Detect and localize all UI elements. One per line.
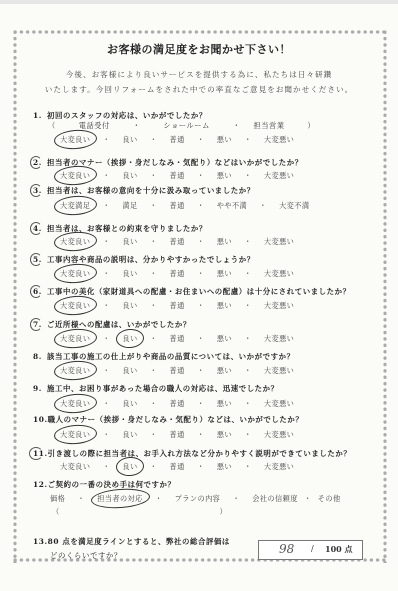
answer-options-8: 大変良い・良い・普通・悪い・大変悪い	[58, 365, 296, 377]
answer-options-6: 大変良い・良い・普通・悪い・大変悪い	[58, 300, 296, 312]
question-5: 5.工事内容や商品の説明は、分かりやすかったでしょうか？	[33, 254, 255, 265]
option-good[interactable]: 良い	[120, 300, 139, 312]
option-somewhat-dissatisfied[interactable]: やや不満	[215, 200, 249, 212]
option-very-bad[interactable]: 大変悪い	[262, 236, 296, 248]
option-bad[interactable]: 悪い	[215, 461, 234, 473]
option-good[interactable]: 良い	[120, 429, 139, 441]
question-3: 3.担当者は、お客様の意向を十分に汲み取っていましたか？	[33, 185, 255, 196]
option-average[interactable]: 普通	[168, 200, 187, 212]
option-average[interactable]: 普通	[168, 170, 187, 182]
question-12: 12.ご契約の一番の決め手は何ですか？	[33, 479, 176, 490]
question-10: 10.職人のマナー（挨拶・身だしなみ・気配り）などは、いかがでしたか？	[33, 414, 303, 425]
question-number: 4.	[33, 224, 47, 233]
option-bad[interactable]: 悪い	[215, 134, 234, 146]
option-sales[interactable]: 担当営業	[253, 121, 284, 130]
option-very-satisfied[interactable]: 大変満足	[58, 200, 92, 212]
question-text: ご近所様への配慮は、いかがでしたか？	[47, 320, 191, 329]
option-bad[interactable]: 悪い	[215, 300, 234, 312]
question-text: 該当工事の施工の仕上がりや商品の品質については、いかがですか？	[47, 352, 295, 361]
paren-close: ）	[220, 507, 228, 516]
option-average[interactable]: 普通	[168, 268, 187, 280]
option-bad[interactable]: 悪い	[215, 268, 234, 280]
option-average[interactable]: 普通	[168, 398, 187, 410]
question-number: 7.	[33, 320, 47, 329]
separator: ・	[233, 121, 241, 130]
option-average[interactable]: 普通	[168, 300, 187, 312]
option-very-bad[interactable]: 大変悪い	[262, 365, 296, 377]
question-number: 2.	[33, 158, 47, 167]
question-number: 12.	[33, 480, 48, 489]
option-bad[interactable]: 悪い	[215, 333, 234, 345]
option-plan-content[interactable]: プランの内容	[173, 493, 223, 505]
question-7: 7.ご近所様への配慮は、いかがでしたか？	[33, 319, 191, 330]
option-very-good[interactable]: 大変良い	[58, 429, 92, 441]
option-price[interactable]: 価格	[48, 493, 67, 505]
question-4: 4.担当者は、お客様との約束を守りましたか？	[33, 223, 207, 234]
option-bad[interactable]: 悪い	[215, 429, 234, 441]
option-good[interactable]: 良い	[120, 170, 139, 182]
question-number: 9.	[33, 384, 47, 393]
option-very-good[interactable]: 大変良い	[58, 461, 92, 473]
option-average[interactable]: 普通	[168, 429, 187, 441]
border-top	[12, 29, 388, 35]
answer-options-12: 価格・担当者の対応・プランの内容・会社の信頼度・その他	[48, 493, 343, 505]
option-very-good[interactable]: 大変良い	[58, 300, 92, 312]
question-text: 初回のスタッフの対応は、いかがでしたか？	[47, 111, 207, 120]
option-very-good[interactable]: 大変良い	[58, 170, 92, 182]
paren-open: （	[48, 121, 56, 130]
option-average[interactable]: 普通	[168, 236, 187, 248]
intro-line-1: 今後、お客様により良いサービスを提供する為に、私たちは日々研鑽	[0, 67, 398, 82]
question-number: 13.	[33, 537, 48, 546]
option-very-bad[interactable]: 大変悪い	[262, 429, 296, 441]
option-very-bad[interactable]: 大変悪い	[262, 461, 296, 473]
question-text: 職人のマナー（挨拶・身だしなみ・気配り）などは、いかがでしたか？	[48, 415, 304, 424]
intro-line-2: いたします。今回リフォームをされた中での率直なご意見をお聞かせください。	[0, 82, 398, 97]
option-staff-response[interactable]: 担当者の対応	[95, 493, 145, 505]
answer-options-3: 大変満足・満足・普通・やや不満・大変不満	[58, 200, 311, 212]
answer-options-10: 大変良い・良い・普通・悪い・大変悪い	[58, 429, 296, 441]
question-number: 1.	[33, 111, 47, 120]
separator: ・	[133, 121, 141, 130]
question-text: ご契約の一番の決め手は何ですか？	[48, 480, 176, 489]
question-text: 工事中の美化（家財道具への配慮・お住まいへの配慮）は十分にされていましたか？	[47, 287, 351, 296]
option-bad[interactable]: 悪い	[215, 170, 234, 182]
question-number: 8.	[33, 352, 47, 361]
question-11: 11.引き渡しの際に担当者は、お手入れ方法など分かりやすく説明ができていましたか…	[33, 448, 351, 459]
option-good[interactable]: 良い	[120, 461, 139, 473]
score-value[interactable]: 98	[279, 542, 294, 556]
option-very-good[interactable]: 大変良い	[58, 236, 92, 248]
option-satisfied[interactable]: 満足	[120, 200, 139, 212]
paren-close: ）	[308, 121, 316, 130]
intro-text: 今後、お客様により良いサービスを提供する為に、私たちは日々研鑽 いたします。今回…	[0, 67, 398, 97]
option-very-bad[interactable]: 大変悪い	[262, 134, 296, 146]
score-box[interactable]: 98 / 100 点	[258, 540, 363, 560]
q1-contact-options: （ 電話受付 ・ ショールーム ・ 担当営業 ）	[48, 121, 315, 131]
option-good[interactable]: 良い	[120, 398, 139, 410]
option-very-bad[interactable]: 大変悪い	[262, 398, 296, 410]
question-9: 9.施工中、お困り事があった場合の職人の対応は、迅速でしたか？	[33, 383, 279, 394]
option-bad[interactable]: 悪い	[215, 236, 234, 248]
option-very-bad[interactable]: 大変悪い	[262, 333, 296, 345]
option-good[interactable]: 良い	[120, 268, 139, 280]
border-right	[382, 29, 388, 563]
answer-options-5: 大変良い・良い・普通・悪い・大変悪い	[58, 268, 296, 280]
option-phone[interactable]: 電話受付	[79, 121, 110, 130]
option-very-good[interactable]: 大変良い	[58, 365, 92, 377]
option-very-bad[interactable]: 大変悪い	[262, 170, 296, 182]
option-very-bad[interactable]: 大変悪い	[262, 300, 296, 312]
answer-options-1: 大変良い・良い・普通・悪い・大変悪い	[58, 134, 296, 146]
option-very-bad[interactable]: 大変悪い	[262, 268, 296, 280]
option-very-good[interactable]: 大変良い	[58, 134, 92, 146]
option-very-dissatisfied[interactable]: 大変不満	[277, 200, 311, 212]
option-showroom[interactable]: ショールーム	[163, 121, 209, 130]
question-13: 13.80 点を満足度ラインとすると、弊社の総合評価は	[33, 536, 230, 547]
border-left	[12, 29, 18, 563]
option-good[interactable]: 良い	[120, 134, 139, 146]
option-very-good[interactable]: 大変良い	[58, 398, 92, 410]
answer-options-9: 大変良い・良い・普通・悪い・大変悪い	[58, 398, 296, 410]
question-number: 10.	[33, 415, 48, 424]
option-very-good[interactable]: 大変良い	[58, 268, 92, 280]
option-bad[interactable]: 悪い	[215, 365, 234, 377]
option-bad[interactable]: 悪い	[215, 398, 234, 410]
question-text: 工事内容や商品の説明は、分かりやすかったでしょうか？	[47, 255, 255, 264]
question-number: 11.	[33, 449, 48, 458]
other-field[interactable]: （）	[52, 507, 227, 517]
option-average[interactable]: 普通	[168, 333, 187, 345]
option-other[interactable]: その他	[316, 493, 343, 505]
question-text: 引き渡しの際に担当者は、お手入れ方法など分かりやすく説明ができていましたか？	[48, 449, 352, 458]
question-text: 80 点を満足度ラインとすると、弊社の総合評価は	[48, 537, 230, 546]
option-average[interactable]: 普通	[168, 134, 187, 146]
option-very-good[interactable]: 大変良い	[58, 333, 92, 345]
answer-options-7: 大変良い・良い・普通・悪い・大変悪い	[58, 333, 296, 345]
question-number: 6.	[33, 287, 47, 296]
paren-open: （	[52, 507, 60, 516]
option-average[interactable]: 普通	[168, 365, 187, 377]
answer-options-11: 大変良い・良い・普通・悪い・大変悪い	[58, 461, 296, 473]
option-company-trust[interactable]: 会社の信頼度	[250, 493, 300, 505]
question-1: 1.初回のスタッフの対応は、いかがでしたか？	[33, 110, 207, 121]
score-total: 100 点	[325, 544, 352, 555]
option-good[interactable]: 良い	[120, 236, 139, 248]
question-text: 施工中、お困り事があった場合の職人の対応は、迅速でしたか？	[47, 384, 279, 393]
option-good[interactable]: 良い	[120, 333, 139, 345]
question-number: 5.	[33, 255, 47, 264]
score-slash: /	[311, 544, 314, 553]
question-number: 3.	[33, 186, 47, 195]
answer-options-2: 大変良い・良い・普通・悪い・大変悪い	[58, 170, 296, 182]
option-average[interactable]: 普通	[168, 461, 187, 473]
option-good[interactable]: 良い	[120, 365, 139, 377]
answer-options-4: 大変良い・良い・普通・悪い・大変悪い	[58, 236, 296, 248]
question-text: 担当者は、お客様の意向を十分に汲み取っていましたか？	[47, 186, 255, 195]
page-title: お客様の満足度をお聞かせ下さい！	[0, 41, 398, 57]
question-13-line-2: どのくらいですか？	[50, 550, 122, 561]
